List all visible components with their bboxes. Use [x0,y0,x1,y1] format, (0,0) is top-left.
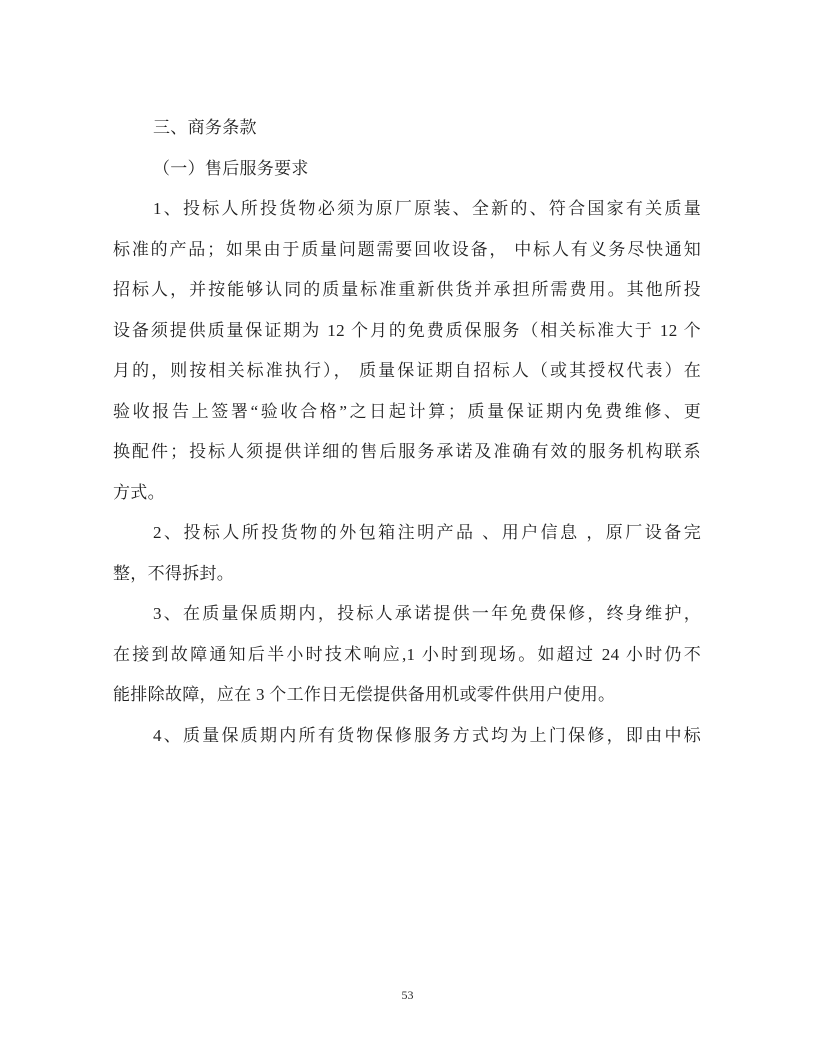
paragraph-1-line-6: 验收报告上签署“验收合格”之日起计算；质量保证期内免费维修、更 [113,392,701,433]
paragraph-1-line-2: 标准的产品；如果由于质量问题需要回收设备， 中标人有义务尽快通知 [113,230,701,271]
document-page: 三、商务条款 （一）售后服务要求 1、投标人所投货物必须为原厂原装、全新的、符合… [0,0,815,1055]
paragraph-3-line-3: 能排除故障，应在 3 个工作日无偿提供备用机或零件供用户使用。 [113,675,701,716]
paragraph-1-line-5: 月的，则按相关标准执行）， 质量保证期自招标人（或其授权代表）在 [113,351,701,392]
paragraph-1-line-4: 设备须提供质量保证期为 12 个月的免费质保服务（相关标准大于 12 个 [113,311,701,352]
paragraph-2-line-1: 2、投标人所投货物的外包箱注明产品 、用户信息 ，原厂设备完 [113,513,701,554]
paragraph-3-line-1: 3、在质量保质期内，投标人承诺提供一年免费保修，终身维护， [113,594,701,635]
paragraph-1-line-3: 招标人，并按能够认同的质量标准重新供货并承担所需费用。其他所投 [113,270,701,311]
paragraph-1-line-8: 方式。 [113,473,701,514]
paragraph-4-line-1: 4、质量保质期内所有货物保修服务方式均为上门保修，即由中标 [113,716,701,757]
section-heading: 三、商务条款 [113,108,701,149]
document-text-block: 三、商务条款 （一）售后服务要求 1、投标人所投货物必须为原厂原装、全新的、符合… [113,108,701,756]
subsection-heading: （一）售后服务要求 [113,149,701,190]
paragraph-1-line-7: 换配件；投标人须提供详细的售后服务承诺及准确有效的服务机构联系 [113,432,701,473]
paragraph-3-line-2: 在接到故障通知后半小时技术响应,1 小时到现场。如超过 24 小时仍不 [113,635,701,676]
paragraph-2-line-2: 整，不得拆封。 [113,554,701,595]
paragraph-1-line-1: 1、投标人所投货物必须为原厂原装、全新的、符合国家有关质量 [113,189,701,230]
page-number: 53 [0,986,815,1004]
